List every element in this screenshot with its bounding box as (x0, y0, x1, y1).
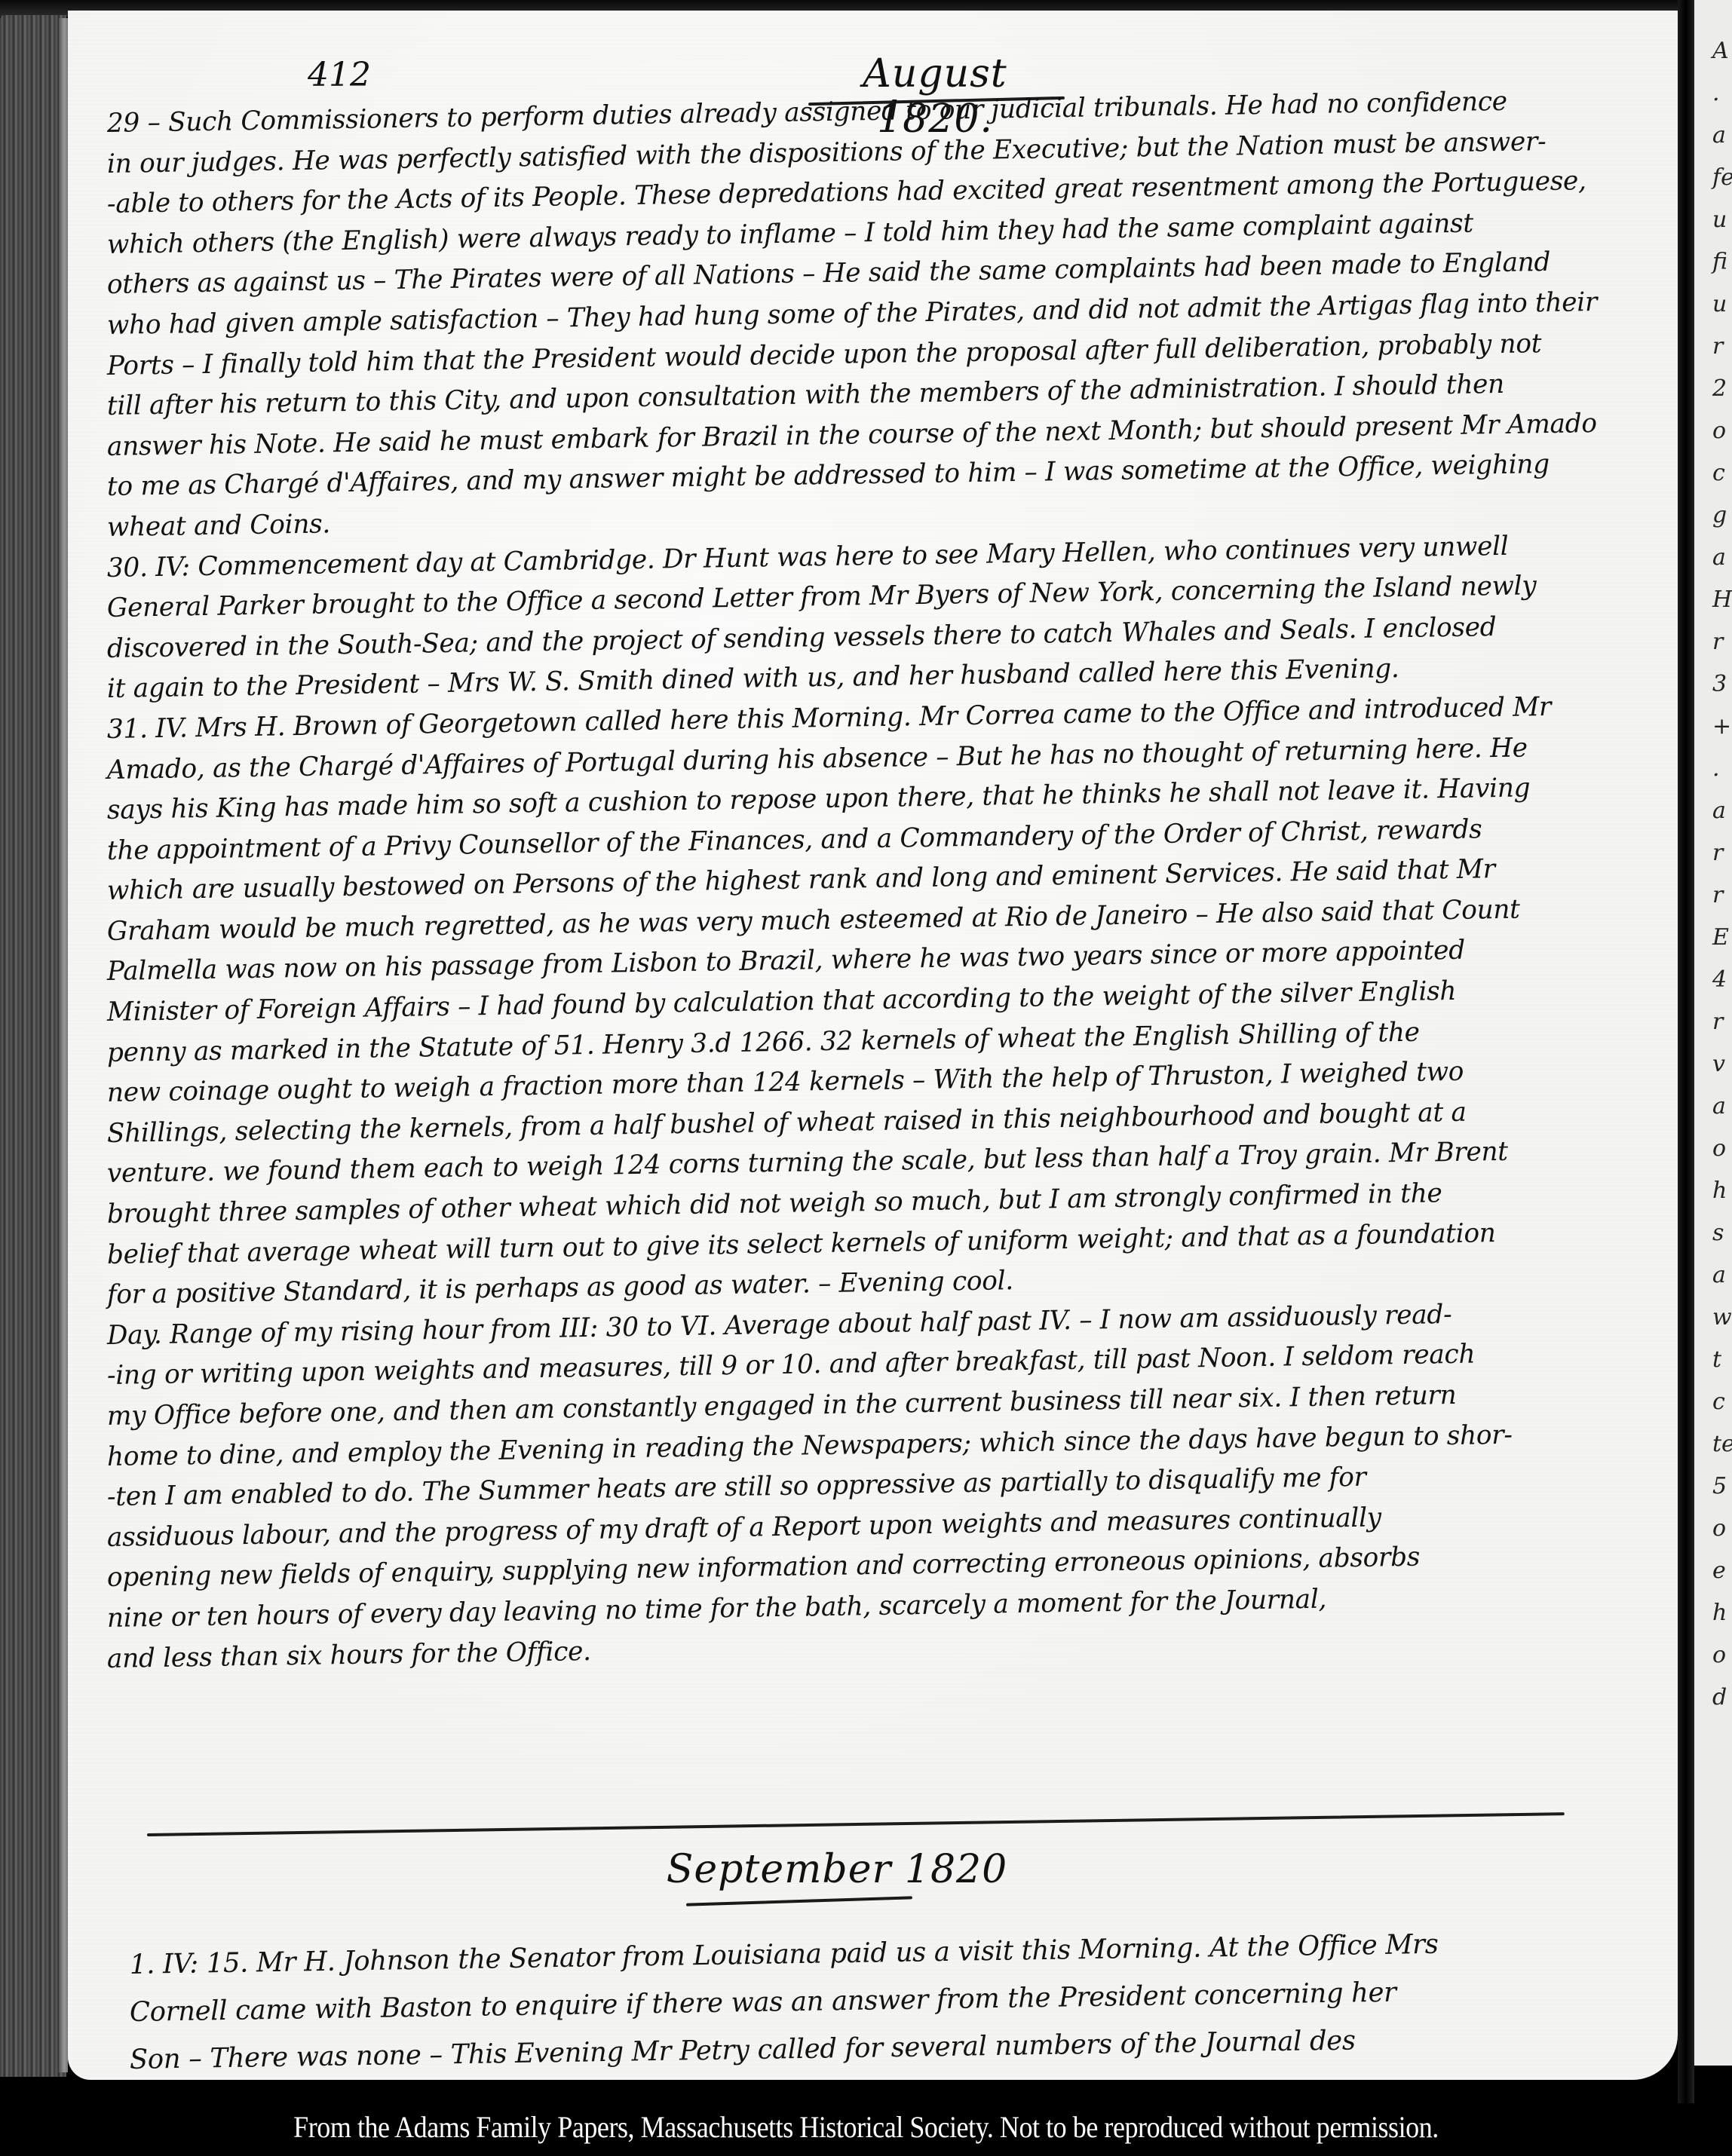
manuscript-scan: 412 August 1820. 29 – Such Commissioners… (0, 0, 1732, 2156)
facing-page-fragments: A . a fe u fi u r 2 o c g a H r 3 + . a … (1712, 30, 1732, 1719)
august-entries: 29 – Such Commissioners to perform dutie… (107, 104, 1649, 1680)
book-binding-edge (0, 15, 66, 2077)
page-stack-edge (59, 18, 68, 2072)
facing-page-edge: A . a fe u fi u r 2 o c g a H r 3 + . a … (1694, 0, 1732, 2066)
month-heading-september: September 1820 (664, 1847, 1010, 1892)
page-number: 412 (308, 56, 371, 94)
september-entries: 1. IV: 15. Mr H. Johnson the Senator fro… (130, 1941, 1668, 2084)
book-gutter (1678, 0, 1694, 2103)
copyright-caption: From the Adams Family Papers, Massachuse… (87, 2109, 1645, 2145)
